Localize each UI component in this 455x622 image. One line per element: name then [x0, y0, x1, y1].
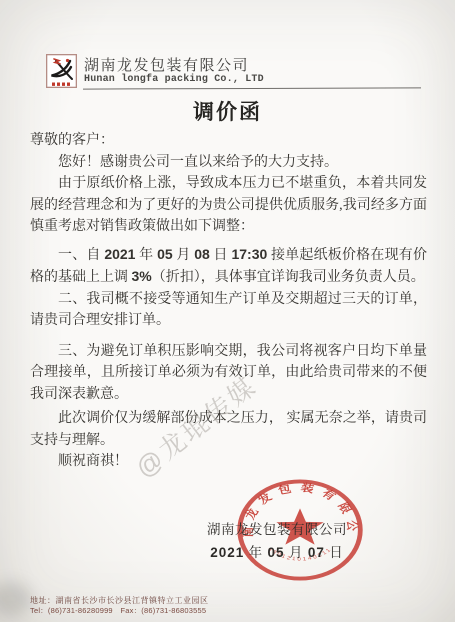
dragon-logo-icon: [46, 54, 77, 88]
company-logo: [46, 54, 77, 88]
document-photo: 湖南龙发包装有限公司 Hunan longfa packing Co., LTD…: [0, 0, 455, 622]
signature-company: 湖南龙发包装有限公司: [167, 518, 387, 538]
letterhead-rule: [83, 87, 421, 89]
paragraph: 一、自 2021 年 05 月 08 日 17:30 接单起纸板价格在现有价格的…: [30, 244, 427, 289]
footer-tel-fax: Tel：(86)731-86280999 Fax：(86)731-8680355…: [30, 606, 410, 616]
footer-address: 地址：湖南省长沙市长沙县江背镇特立工业园区: [30, 595, 410, 606]
footer: 地址：湖南省长沙市长沙县江背镇特立工业园区 Tel：(86)731-862809…: [30, 595, 410, 616]
salutation: 尊敬的客户：: [30, 130, 427, 152]
corner-smudge: [0, 582, 32, 616]
paragraph: 顺祝商祺！: [30, 451, 427, 473]
paragraph: 二、我司概不接受等通知生产订单及交期超过三天的订单，请贵司合理安排订单。: [30, 289, 427, 332]
paragraph: 您好！感谢贵公司一直以来给予的大力支持。: [30, 152, 427, 174]
page-title: 调价函: [0, 96, 455, 126]
signature-date: 2021 年 05 月 07 日: [167, 541, 387, 561]
paragraph: 由于原纸价格上涨，导致成本压力已不堪重负，本着共同发展的经营理念和为了更好的为贵…: [30, 173, 427, 238]
company-name-en: Hunan longfa packing Co., LTD: [84, 74, 404, 85]
company-name-cn: 湖南龙发包装有限公司: [84, 54, 384, 75]
